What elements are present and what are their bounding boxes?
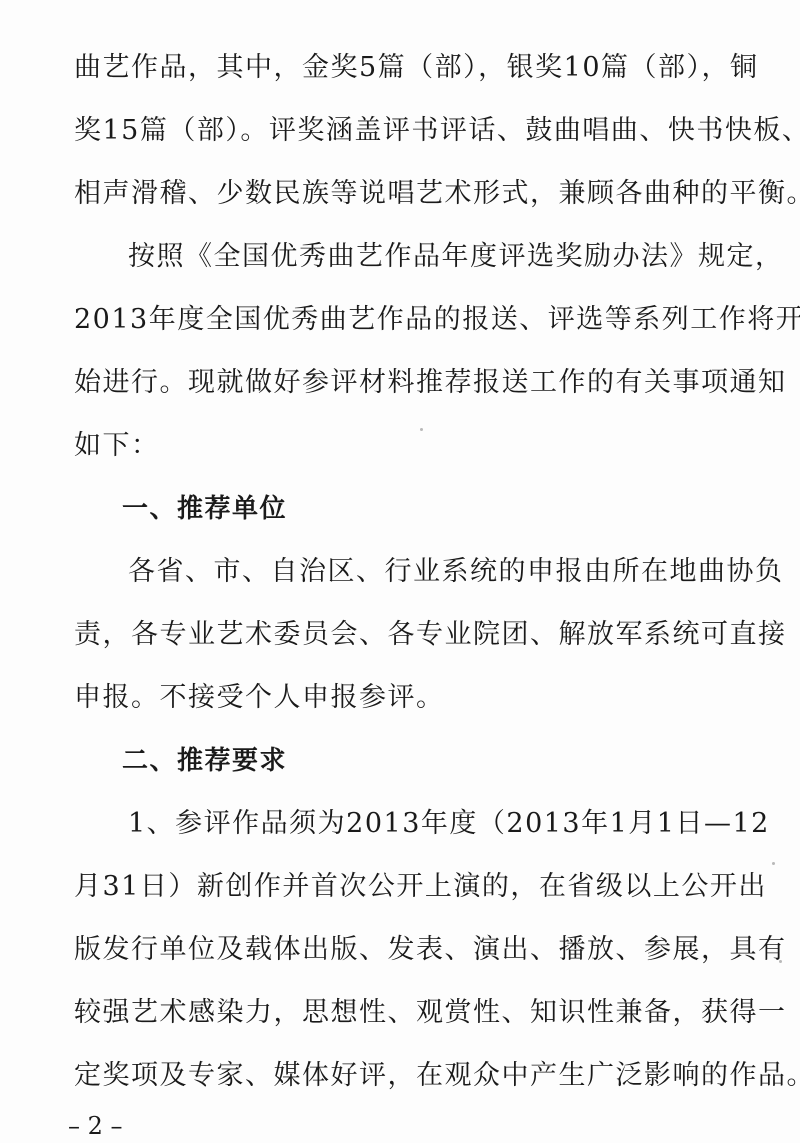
paragraph-line: 较强艺术感染力，思想性、观赏性、知识性兼备，获得一 [74,995,724,1031]
section-heading-recommendation-requirements: 二、推荐要求 [122,743,772,779]
paragraph-line: 各省、市、自治区、行业系统的申报由所在地曲协负 [128,554,724,590]
paragraph-line: 如下： [74,428,724,464]
paragraph-line: 版发行单位及载体出版、发表、演出、播放、参展，具有 [74,932,724,968]
paragraph-line: 申报。不接受个人申报参评。 [74,680,724,716]
paragraph-line: 按照《全国优秀曲艺作品年度评选奖励办法》规定， [128,239,724,275]
paragraph-line: 曲艺作品，其中，金奖5篇（部），银奖10篇（部），铜 [74,50,724,86]
section-heading-recommending-units: 一、推荐单位 [122,491,772,527]
paragraph-line: 2013年度全国优秀曲艺作品的报送、评选等系列工作将开 [74,302,724,338]
paragraph-line: 相声滑稽、少数民族等说唱艺术形式，兼顾各曲种的平衡。 [74,176,724,212]
paragraph-line: 奖15篇（部）。评奖涵盖评书评话、鼓曲唱曲、快书快板、 [74,113,724,149]
paragraph-line: 定奖项及专家、媒体好评，在观众中产生广泛影响的作品。 [74,1058,724,1094]
paragraph-line: 始进行。现就做好参评材料推荐报送工作的有关事项通知 [74,365,724,401]
paragraph-line: 1、参评作品须为2013年度（2013年1月1日—12 [128,806,724,842]
page-number: – 2 – [68,1112,123,1140]
paragraph-line: 责，各专业艺术委员会、各专业院团、解放军系统可直接 [74,617,724,653]
scan-speck [772,862,775,865]
scan-speck [779,960,782,963]
paragraph-line: 月31日）新创作并首次公开上演的，在省级以上公开出 [74,869,724,905]
document-page: 曲艺作品，其中，金奖5篇（部），银奖10篇（部），铜 奖15篇（部）。评奖涵盖评… [0,0,800,1143]
scan-speck [420,428,423,431]
